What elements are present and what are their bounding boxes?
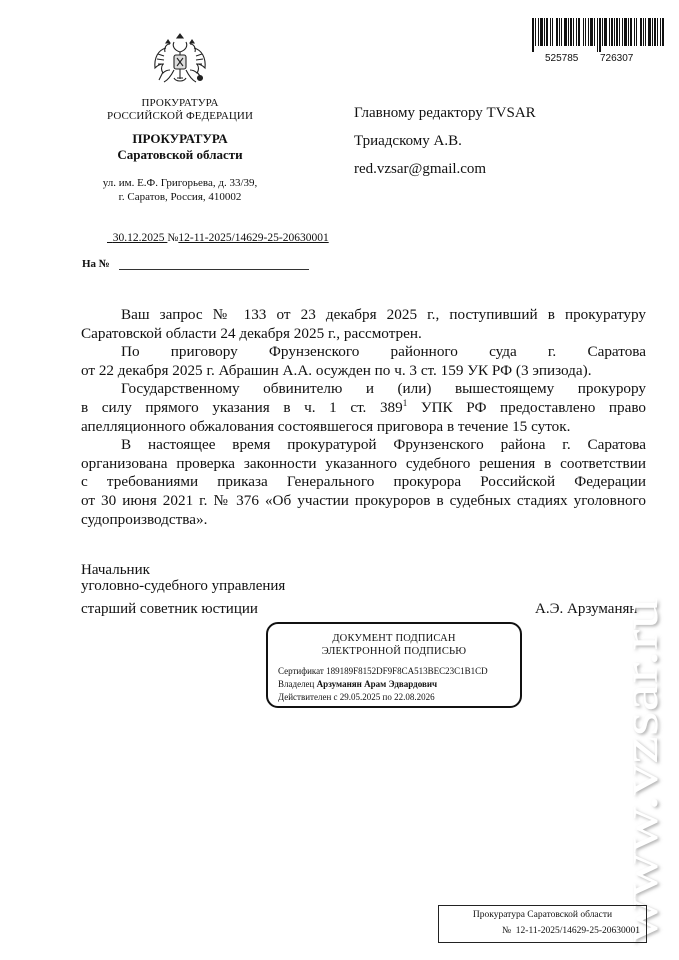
electronic-signature-stamp: ДОКУМЕНТ ПОДПИСАН ЭЛЕКТРОННОЙ ПОДПИСЬЮ С… xyxy=(266,622,522,708)
paragraph-4-line2: организована проверка законности указанн… xyxy=(81,455,646,474)
barcode-right-digits: 726307 xyxy=(600,53,633,64)
number-sign: № xyxy=(167,232,178,244)
site-watermark: www.vzsar.ru xyxy=(600,575,679,955)
reply-to-label: На № xyxy=(82,258,110,270)
paragraph-1-line2: Саратовской области 24 декабря 2025 г., … xyxy=(81,325,646,344)
valid-to: 22.08.2026 xyxy=(394,692,435,702)
office-name-line2: Саратовской области xyxy=(70,147,290,163)
signer-position-line1: Начальник xyxy=(81,562,150,579)
russian-coat-of-arms-icon xyxy=(150,28,210,90)
registration-number: № 12-11-2025/14629-25-20630001 xyxy=(502,926,640,936)
reply-to-field xyxy=(119,269,309,270)
svg-text:www.vzsar.ru: www.vzsar.ru xyxy=(612,598,668,943)
outgoing-number: 12-11-2025/14629-25-20630001 xyxy=(178,232,328,244)
signer-rank: старший советник юстиции xyxy=(81,601,258,618)
address-line1: ул. им. Е.Ф. Григорьева, д. 33/39, xyxy=(70,176,290,190)
addressee-title: Главному редактору TVSAR xyxy=(354,104,536,122)
barcode xyxy=(532,18,667,52)
paragraph-4-line3: с требованиями приказа Генерального прок… xyxy=(81,473,646,492)
paragraph-2-line2: от 22 декабря 2025 г. Абрашин А.А. осужд… xyxy=(81,362,646,381)
org-name-line1: ПРОКУРАТУРА xyxy=(70,97,290,110)
barcode-left-digits: 525785 xyxy=(545,53,578,64)
letter-body: Ваш запрос № 133 от 23 декабря 2025 г., … xyxy=(81,306,646,529)
outgoing-date: 30.12.2025 xyxy=(107,232,167,244)
certificate-row: Сертификат 189189F8152DF9F8CA513BEC23C1B… xyxy=(278,666,488,677)
paragraph-2-line1: По приговору Фрунзенского районного суда… xyxy=(81,343,646,362)
registration-stamp-box: Прокуратура Саратовской области № 12-11-… xyxy=(438,905,647,943)
office-name-line1: ПРОКУРАТУРА xyxy=(70,131,290,147)
org-name-line2: РОССИЙСКОЙ ФЕДЕРАЦИИ xyxy=(70,110,290,123)
paragraph-4-line5: судопроизводства». xyxy=(81,511,646,530)
outgoing-registration: 30.12.2025 №12-11-2025/14629-25-20630001 xyxy=(107,232,329,244)
addressee-name: Триадскому А.В. xyxy=(354,132,462,150)
owner-row: Владелец Арзуманян Арам Эдвардович xyxy=(278,679,437,690)
paragraph-3-line3: апелляционного обжалования состоявшегося… xyxy=(81,418,646,437)
certificate-value: 189189F8152DF9F8CA513BEC23C1B1CD xyxy=(326,666,488,676)
registration-org: Прокуратура Саратовской области xyxy=(439,910,646,920)
paragraph-3-line1: Государственному обвинителю и (или) выше… xyxy=(81,380,646,399)
validity-row: Действителен с 29.05.2025 по 22.08.2026 xyxy=(278,692,435,703)
paragraph-4-line1: В настоящее время прокуратурой Фрунзенск… xyxy=(81,436,646,455)
paragraph-4-line4: от 30 июня 2021 г. № 376 «Об участии про… xyxy=(81,492,646,511)
stamp-title: ДОКУМЕНТ ПОДПИСАН ЭЛЕКТРОННОЙ ПОДПИСЬЮ xyxy=(268,632,520,658)
signer-position-line2: уголовно-судебного управления xyxy=(81,578,285,595)
paragraph-1-line1: Ваш запрос № 133 от 23 декабря 2025 г., … xyxy=(81,306,646,325)
owner-value: Арзуманян Арам Эдвардович xyxy=(317,679,438,689)
address-line2: г. Саратов, Россия, 410002 xyxy=(70,190,290,204)
valid-from: 29.05.2025 xyxy=(340,692,381,702)
paragraph-3-line2: в силу прямого указания в ч. 1 ст. 3891 … xyxy=(81,399,646,418)
addressee-email[interactable]: red.vzsar@gmail.com xyxy=(354,160,486,178)
